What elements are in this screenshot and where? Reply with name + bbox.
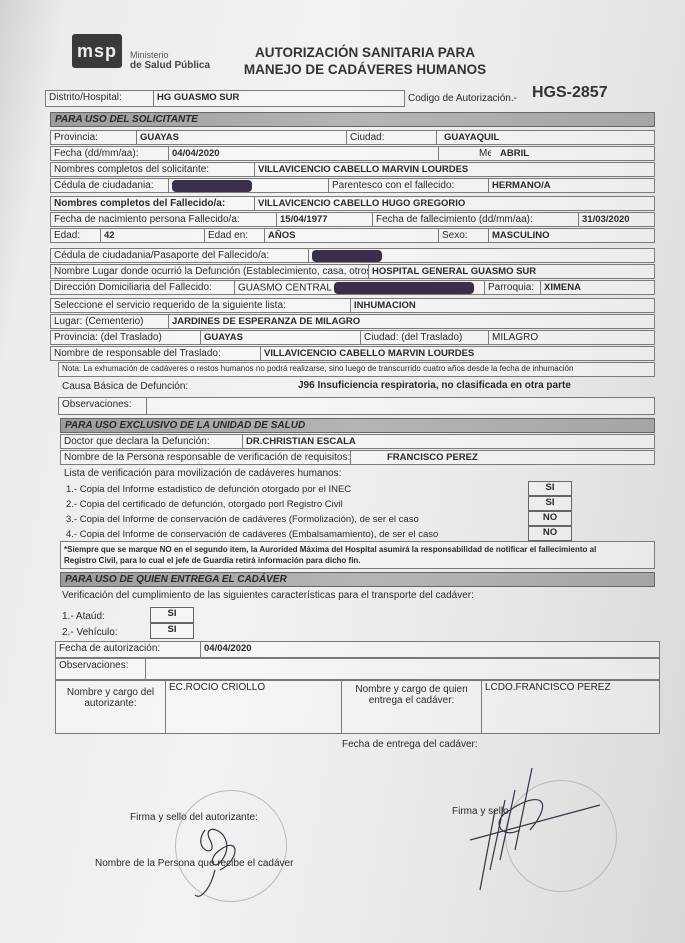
checklist-value: SI bbox=[528, 496, 572, 511]
checklist-value: SI bbox=[528, 481, 572, 496]
auth-code-label: Codigo de Autorización.- bbox=[408, 93, 517, 104]
row-fechas-fallecido: Fecha de nacimiento persona Fallecido/a:… bbox=[50, 212, 655, 227]
row-fecha-autorizacion: Fecha de autorización: 04/04/2020 bbox=[55, 641, 660, 658]
row-fecha: Fecha (dd/mm/aa): 04/04/2020 Mes: ABRIL bbox=[50, 146, 655, 161]
district-row: Distrito/Hospital: HG GUASMO SUR bbox=[45, 90, 405, 107]
row-doctor: Doctor que declara la Defunción: DR.CHRI… bbox=[60, 434, 655, 449]
row-cedula-fallecido: Cédula de ciudadania/Pasaporte del Falle… bbox=[50, 248, 655, 263]
row-solicitante: Nombres completos del solicitante: VILLA… bbox=[50, 162, 655, 177]
section-unidad-salud: PARA USO EXCLUSIVO DE LA UNIDAD DE SALUD bbox=[60, 418, 655, 433]
row-fallecido-nombre: Nombres completos del Fallecido/a: VILLA… bbox=[50, 196, 655, 211]
row-observaciones-entrega: Observaciones: bbox=[55, 658, 660, 680]
msp-logo: msp bbox=[72, 34, 122, 68]
redacted-address bbox=[334, 282, 474, 294]
row-cedula-solicitante: Cédula de ciudadania: Parentesco con el … bbox=[50, 178, 655, 193]
redacted-id bbox=[312, 250, 382, 262]
checklist-item: 2.- Copia del certificado de defunción, … bbox=[66, 499, 343, 510]
row-edad: Edad: 42 Edad en: AÑOS Sexo: MASCULINO bbox=[50, 228, 655, 243]
checklist-item: 3.- Copia del Informe de conservación de… bbox=[66, 514, 419, 525]
vehiculo-value: SI bbox=[150, 623, 194, 639]
checklist-value: NO bbox=[528, 511, 572, 526]
causa-defuncion: J96 Insuficiencia respiratoria, no clasi… bbox=[298, 380, 571, 391]
document-page: msp Ministerio de Salud Pública AUTORIZA… bbox=[0, 0, 685, 943]
row-provincia: Provincia: GUAYAS Ciudad: GUAYAQUIL bbox=[50, 130, 655, 145]
redacted-id bbox=[172, 180, 252, 192]
checklist-value: NO bbox=[528, 526, 572, 541]
document-title: AUTORIZACIÓN SANITARIA PARA MANEJO DE CA… bbox=[215, 44, 515, 78]
row-observaciones: Observaciones: bbox=[58, 397, 655, 415]
ministry-name: Ministerio de Salud Pública bbox=[130, 50, 210, 71]
row-direccion: Dirección Domiciliaria del Fallecido: GU… bbox=[50, 280, 655, 295]
signature-entrega bbox=[460, 760, 600, 900]
auth-code: HGS-2857 bbox=[532, 84, 608, 102]
aviso-box: *Siempre que se marque NO en el segundo … bbox=[60, 541, 655, 569]
row-verificador: Nombre de la Persona responsable de veri… bbox=[60, 450, 655, 465]
checklist-item: 1.- Copia del Informe estadistico de def… bbox=[66, 484, 351, 495]
row-traslado: Provincia: (del Traslado) GUAYAS Ciudad:… bbox=[50, 330, 655, 345]
row-nota: Nota: La exhumación de cadáveres o resto… bbox=[58, 362, 655, 377]
section-solicitante: PARA USO DEL SOLICITANTE bbox=[50, 112, 655, 127]
district-value: HG GUASMO SUR bbox=[154, 91, 404, 106]
row-responsable-traslado: Nombre de responsable del Traslado: VILL… bbox=[50, 346, 655, 361]
row-cementerio: Lugar: (Cementerio) JARDINES DE ESPERANZ… bbox=[50, 314, 655, 329]
ataud-value: SI bbox=[150, 607, 194, 623]
checklist-item: 4.- Copia del Informe de conservación de… bbox=[66, 529, 438, 540]
section-entrega: PARA USO DE QUIEN ENTREGA EL CADÁVER bbox=[60, 572, 655, 587]
signers-table: Nombre y cargo del autorizante: EC.ROCIO… bbox=[55, 680, 660, 734]
row-lugar-defuncion: Nombre Lugar donde ocurrió la Defunción … bbox=[50, 264, 655, 279]
signature-autorizante bbox=[180, 800, 280, 910]
row-servicio: Seleccione el servicio requerido de la s… bbox=[50, 298, 655, 313]
